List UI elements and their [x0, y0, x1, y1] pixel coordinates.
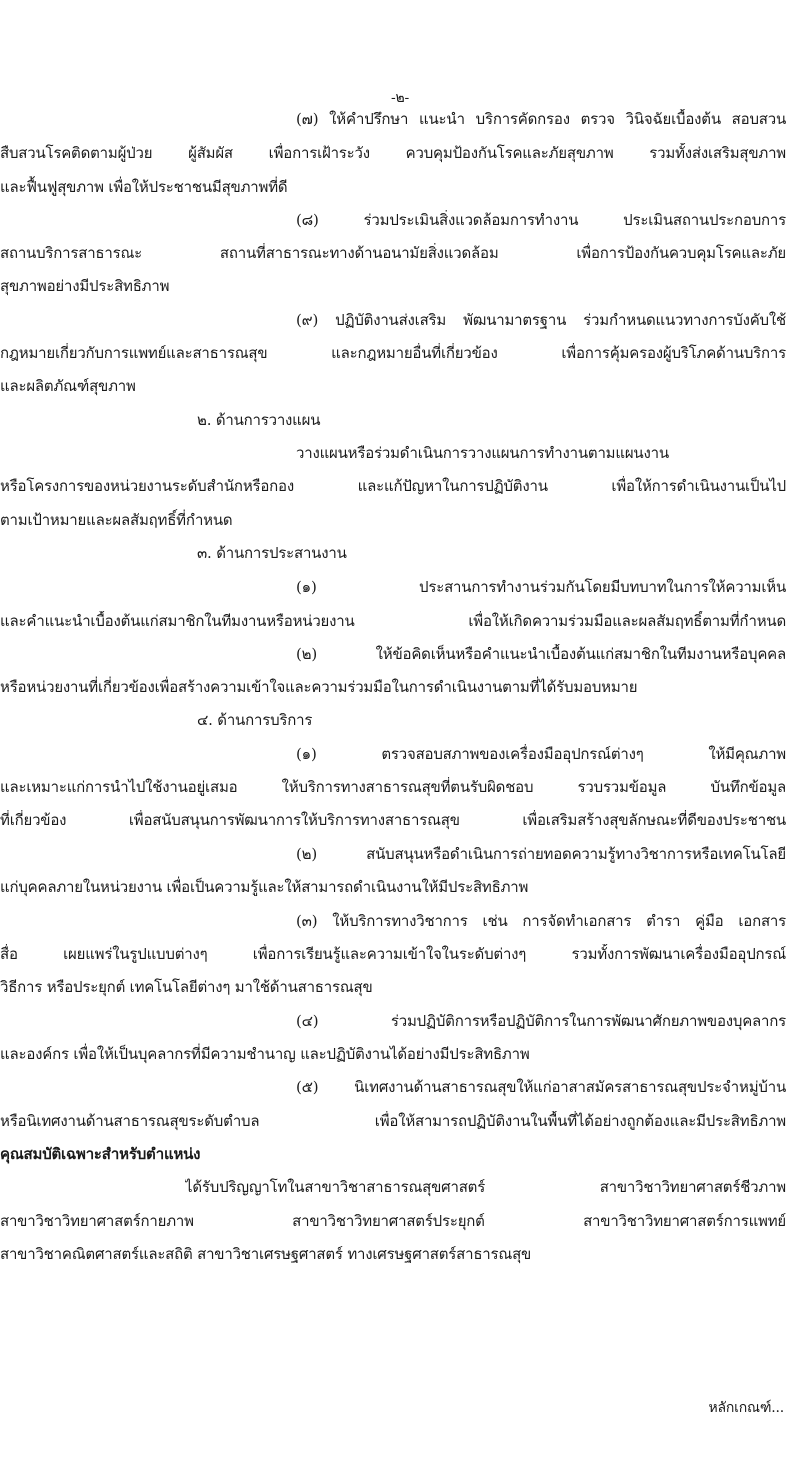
- text-line: (๑) ประสานการทำงานร่วมกันโดยมีบทบาทในการ…: [296, 577, 786, 597]
- text-line: แก่บุคคลภายในหน่วยงาน เพื่อเป็นความรู้แล…: [0, 877, 528, 897]
- text-line: ได้รับปริญญาโทในสาขาวิชาสาธารณสุขศาสตร์ …: [185, 1177, 786, 1197]
- text-line: ๒. ด้านการวางแผน: [197, 410, 320, 430]
- text-line: (๙) ปฏิบัติงานส่งเสริม พัฒนามาตรฐาน ร่วม…: [296, 310, 786, 330]
- text-line: สื่อ เผยแพร่ในรูปแบบต่างๆ เพื่อการเรียนร…: [0, 944, 786, 964]
- text-line: ตามเป้าหมายและผลสัมฤทธิ์ที่กำหนด: [0, 510, 232, 530]
- page-number: -๒-: [0, 88, 800, 108]
- text-line: และคำแนะนำเบื้องต้นแก่สมาชิกในทีมงานหรือ…: [0, 611, 786, 631]
- text-line: ที่เกี่ยวข้อง เพื่อสนับสนุนการพัฒนาการให…: [0, 810, 786, 830]
- text-line: ๓. ด้านการประสานงาน: [197, 543, 347, 563]
- text-line: หรือนิเทศงานด้านสาธารณสุขระดับตำบล เพื่อ…: [0, 1111, 786, 1131]
- text-line: หรือหน่วยงานที่เกี่ยวข้องเพื่อสร้างความเ…: [0, 677, 637, 697]
- text-line: และฟื้นฟูสุขภาพ เพื่อให้ประชาชนมีสุขภาพท…: [0, 177, 287, 197]
- text-line: วางแผนหรือร่วมดำเนินการวางแผนการทำงานตาม…: [296, 443, 786, 463]
- text-line: กฎหมายเกี่ยวกับการแพทย์และสาธารณสุข และก…: [0, 343, 786, 363]
- text-line: และเหมาะแก่การนำไปใช้งานอยู่เสมอ ให้บริก…: [0, 777, 786, 797]
- qualification-heading: คุณสมบัติเฉพาะสำหรับตำแหน่ง: [0, 1144, 200, 1164]
- text-line: ๔. ด้านการบริการ: [197, 710, 312, 730]
- text-line: หรือโครงการของหน่วยงานระดับสำนักหรือกอง …: [0, 476, 786, 496]
- text-line: สาขาวิชาวิทยาศาสตร์กายภาพ สาขาวิชาวิทยาศ…: [0, 1211, 786, 1231]
- text-line: (๑) ตรวจสอบสภาพของเครื่องมืออุปกรณ์ต่างๆ…: [296, 744, 786, 764]
- text-line: สุขภาพอย่างมีประสิทธิภาพ: [0, 276, 169, 296]
- footer-continuation: หลักเกณฑ์...: [708, 1398, 784, 1418]
- text-line: วิธีการ หรือประยุกต์ เทคโนโลยีต่างๆ มาใช…: [0, 977, 373, 997]
- text-line: สาขาวิชาคณิตศาสตร์และสถิติ สาขาวิชาเศรษฐ…: [0, 1244, 531, 1264]
- text-line: (๗) ให้คำปรึกษา แนะนำ บริการคัดกรอง ตรวจ…: [296, 109, 786, 129]
- text-line: (๘) ร่วมประเมินสิ่งแวดล้อมการทำงาน ประเม…: [296, 210, 786, 230]
- text-line: สถานบริการสาธารณะ สถานที่สาธารณะทางด้านอ…: [0, 243, 786, 263]
- text-line: (๒) สนับสนุนหรือดำเนินการถ่ายทอดความรู้ท…: [296, 844, 786, 864]
- text-line: (๔) ร่วมปฏิบัติการหรือปฏิบัติการในการพัฒ…: [296, 1011, 786, 1031]
- text-line: และองค์กร เพื่อให้เป็นบุคลากรที่มีความชำ…: [0, 1044, 530, 1064]
- document-page: -๒- (๗) ให้คำปรึกษา แนะนำ บริการคัดกรอง …: [0, 0, 800, 1474]
- text-line: สืบสวนโรคติดตามผู้ป่วย ผู้สัมผัส เพื่อกา…: [0, 143, 786, 163]
- text-line: (๒) ให้ข้อคิดเห็นหรือคำแนะนำเบื้องต้นแก่…: [296, 644, 786, 664]
- text-line: (๓) ให้บริการทางวิชาการ เช่น การจัดทำเอก…: [296, 911, 786, 931]
- text-line: และผลิตภัณฑ์สุขภาพ: [0, 376, 136, 396]
- text-line: (๕) นิเทศงานด้านสาธารณสุขให้แก่อาสาสมัคร…: [296, 1077, 786, 1097]
